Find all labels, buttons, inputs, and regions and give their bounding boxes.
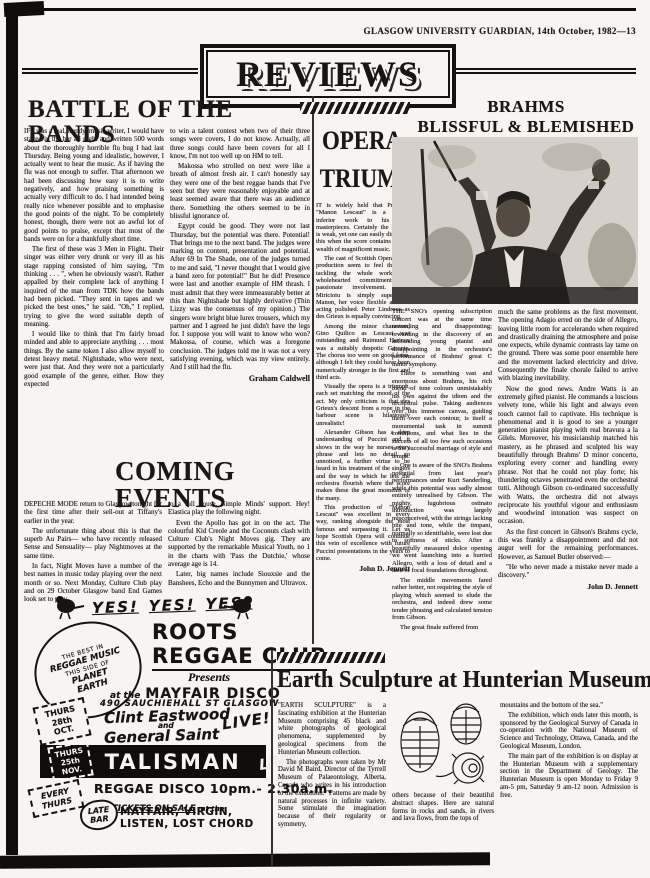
brahms-headline-line1: BRAHMS: [415, 97, 637, 117]
yes-word: YES!: [92, 598, 139, 618]
opera-hatch-bar: [300, 102, 410, 114]
scan-artifact-left-bar: [6, 7, 18, 855]
battle-byline: Graham Caldwell: [170, 375, 310, 383]
venues-line-1: MAYFAIR, VIRGIN,: [120, 806, 233, 818]
doodle-right-icon: [222, 594, 256, 620]
earth-column-1: "EARTH SCULPTURE" is a fascinating exhib…: [278, 702, 386, 864]
talisman-text: TALISMAN: [105, 750, 241, 774]
fossil-illustration: [392, 700, 494, 788]
general-saint-text: General Saint: [104, 725, 220, 747]
article-paragraph: DEPECHE MODE return to Glasgow tonight f…: [24, 500, 162, 525]
roots-line1: ROOTS: [152, 620, 327, 644]
every-thurs-box: EVERY THURS: [28, 779, 85, 818]
article-paragraph: The middle movements fared rather better…: [392, 577, 492, 622]
battle-column-2: to win a talent contest when two of thei…: [170, 127, 310, 455]
newspaper-page: GLASGOW UNIVERSITY GUARDIAN, 14th Octobe…: [0, 0, 650, 878]
article-paragraph: mountains and the bottom of the sea.": [500, 702, 638, 710]
article-paragraph: IF I was a real, trendy, music writer, I…: [24, 127, 164, 243]
masthead-rule-right: [452, 68, 636, 74]
brahms-byline: John D. Jennett: [498, 583, 638, 591]
clint-date-box: THURS 28th OCT.: [33, 697, 92, 745]
earth-section-rule: [271, 650, 273, 866]
earth-hatch-bar: [277, 652, 385, 663]
article-paragraph: The unfortunate thing about this is that…: [24, 527, 162, 560]
article-paragraph: Now the good news. Andre Watts is an ext…: [498, 385, 638, 526]
late-bar-bubble: LATE BAR: [79, 798, 120, 832]
article-paragraph: "He who never made a mistake never made …: [498, 563, 638, 580]
earth-column-2: others because of their beautiful abstra…: [392, 792, 494, 864]
article-paragraph: The main part of the exhibition is on di…: [500, 753, 638, 800]
battle-column-1: IF I was a real, trendy, music writer, I…: [24, 127, 164, 455]
brahms-headline: BRAHMS BLISSFUL & BLEMISHED: [415, 97, 637, 137]
brahms-headline-line2: BLISSFUL & BLEMISHED: [415, 117, 637, 137]
article-paragraph: I would like to think that I'm fairly br…: [24, 330, 164, 388]
article-paragraph: The great finale suffered from: [392, 624, 492, 632]
doodle-left-icon: [52, 594, 86, 620]
article-paragraph: Makossa who strolled on next were like a…: [170, 162, 310, 220]
roots-reggae-club-title: ROOTS REGGAE CLUB: [152, 620, 327, 671]
article-paragraph: to a full house, Simple Minds' support. …: [168, 500, 310, 517]
conductor-photo: [392, 137, 638, 304]
page-header: GLASGOW UNIVERSITY GUARDIAN, 14th Octobe…: [300, 26, 636, 36]
article-paragraph: "EARTH SCULPTURE" is a fascinating exhib…: [278, 702, 386, 757]
article-paragraph: As the first concert in Gibson's Brahms …: [498, 528, 638, 561]
article-paragraph: Egypt could be good. They were not last …: [170, 222, 310, 371]
brahms-column-2: much the same problems as the first move…: [498, 308, 638, 660]
article-paragraph: Later, big names include Siouxsie and th…: [168, 570, 310, 587]
earth-headline: Earth Sculpture at Hunterian Museum: [277, 668, 617, 692]
masthead-rule-left: [22, 68, 198, 74]
article-paragraph: others because of their beautiful abstra…: [392, 792, 494, 823]
venues-line-2: LISTEN, LOST CHORD: [120, 818, 254, 830]
article-paragraph: to win a talent contest when two of thei…: [170, 127, 310, 160]
earth-column-3: mountains and the bottom of the sea." Th…: [500, 702, 638, 866]
brahms-column-1: THE SNO's opening subscription concert w…: [392, 308, 492, 658]
conductor-photo-image: [392, 137, 638, 304]
article-paragraph: One is aware of the SNO's Brahms potenti…: [392, 462, 492, 575]
scan-artifact-top-line: [18, 8, 636, 11]
trilobite-drawing: [392, 700, 494, 788]
yes-word: YES!: [148, 596, 195, 616]
article-paragraph: There is something vast and enormous abo…: [392, 370, 492, 460]
talisman-banner: THURS 25th NOV. TALISMAN LIVE!: [40, 745, 266, 778]
article-paragraph: The photographs were taken by Mr David M…: [278, 759, 386, 829]
masthead-title: REVIEWS: [236, 53, 420, 95]
article-paragraph: Even the Apollo has got in on the act. T…: [168, 519, 310, 569]
column-rule: [312, 96, 314, 644]
article-paragraph: The first of these was 3 Men in Flight. …: [24, 245, 164, 328]
article-paragraph: much the same problems as the first move…: [498, 308, 638, 383]
article-paragraph: THE SNO's opening subscription concert w…: [392, 308, 492, 368]
masthead-inner-frame: REVIEWS: [206, 50, 450, 98]
article-paragraph: The exhibition, which ends later this mo…: [500, 712, 638, 751]
talisman-date-box: THURS 25th NOV.: [47, 741, 93, 783]
